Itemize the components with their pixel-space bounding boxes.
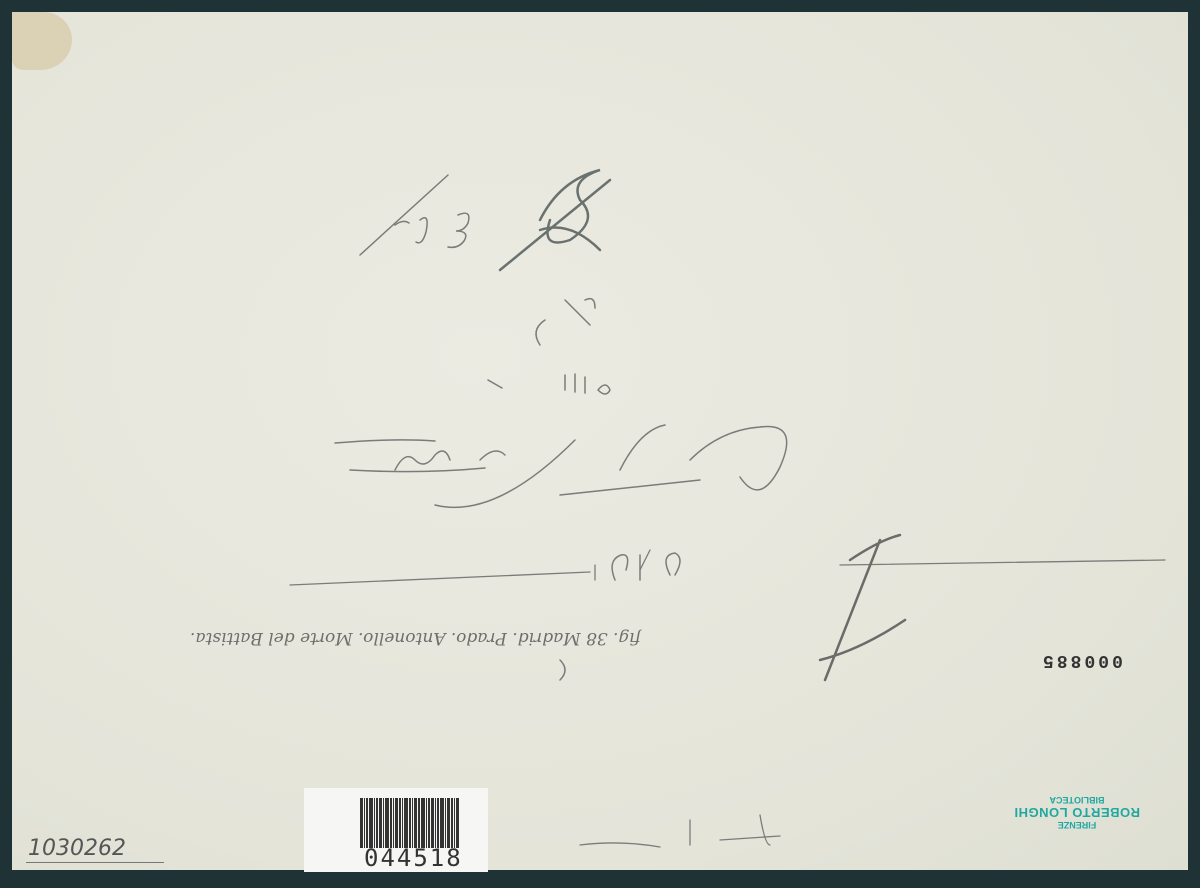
library-stamp: FIRENZE ROBERTO LONGHI BIBLIOTECA [1002,795,1152,830]
stamp-line-firenze: FIRENZE [1002,820,1152,830]
barcode-label: 044518 [304,788,488,872]
inventory-underline [26,862,164,863]
stamp-line-name: ROBERTO LONGHI [1002,805,1152,820]
caption-handwriting: fig. 38 Madrid. Prado. Antonello. Morte … [190,628,641,648]
stamp-line-biblioteca: BIBLIOTECA [1002,795,1152,805]
barcode-number: 044518 [364,844,463,872]
barcode [360,798,474,848]
pencil-marks [0,0,1200,888]
inventory-number: 1030262 [28,836,126,861]
stamp-number: 000885 [1040,650,1123,670]
